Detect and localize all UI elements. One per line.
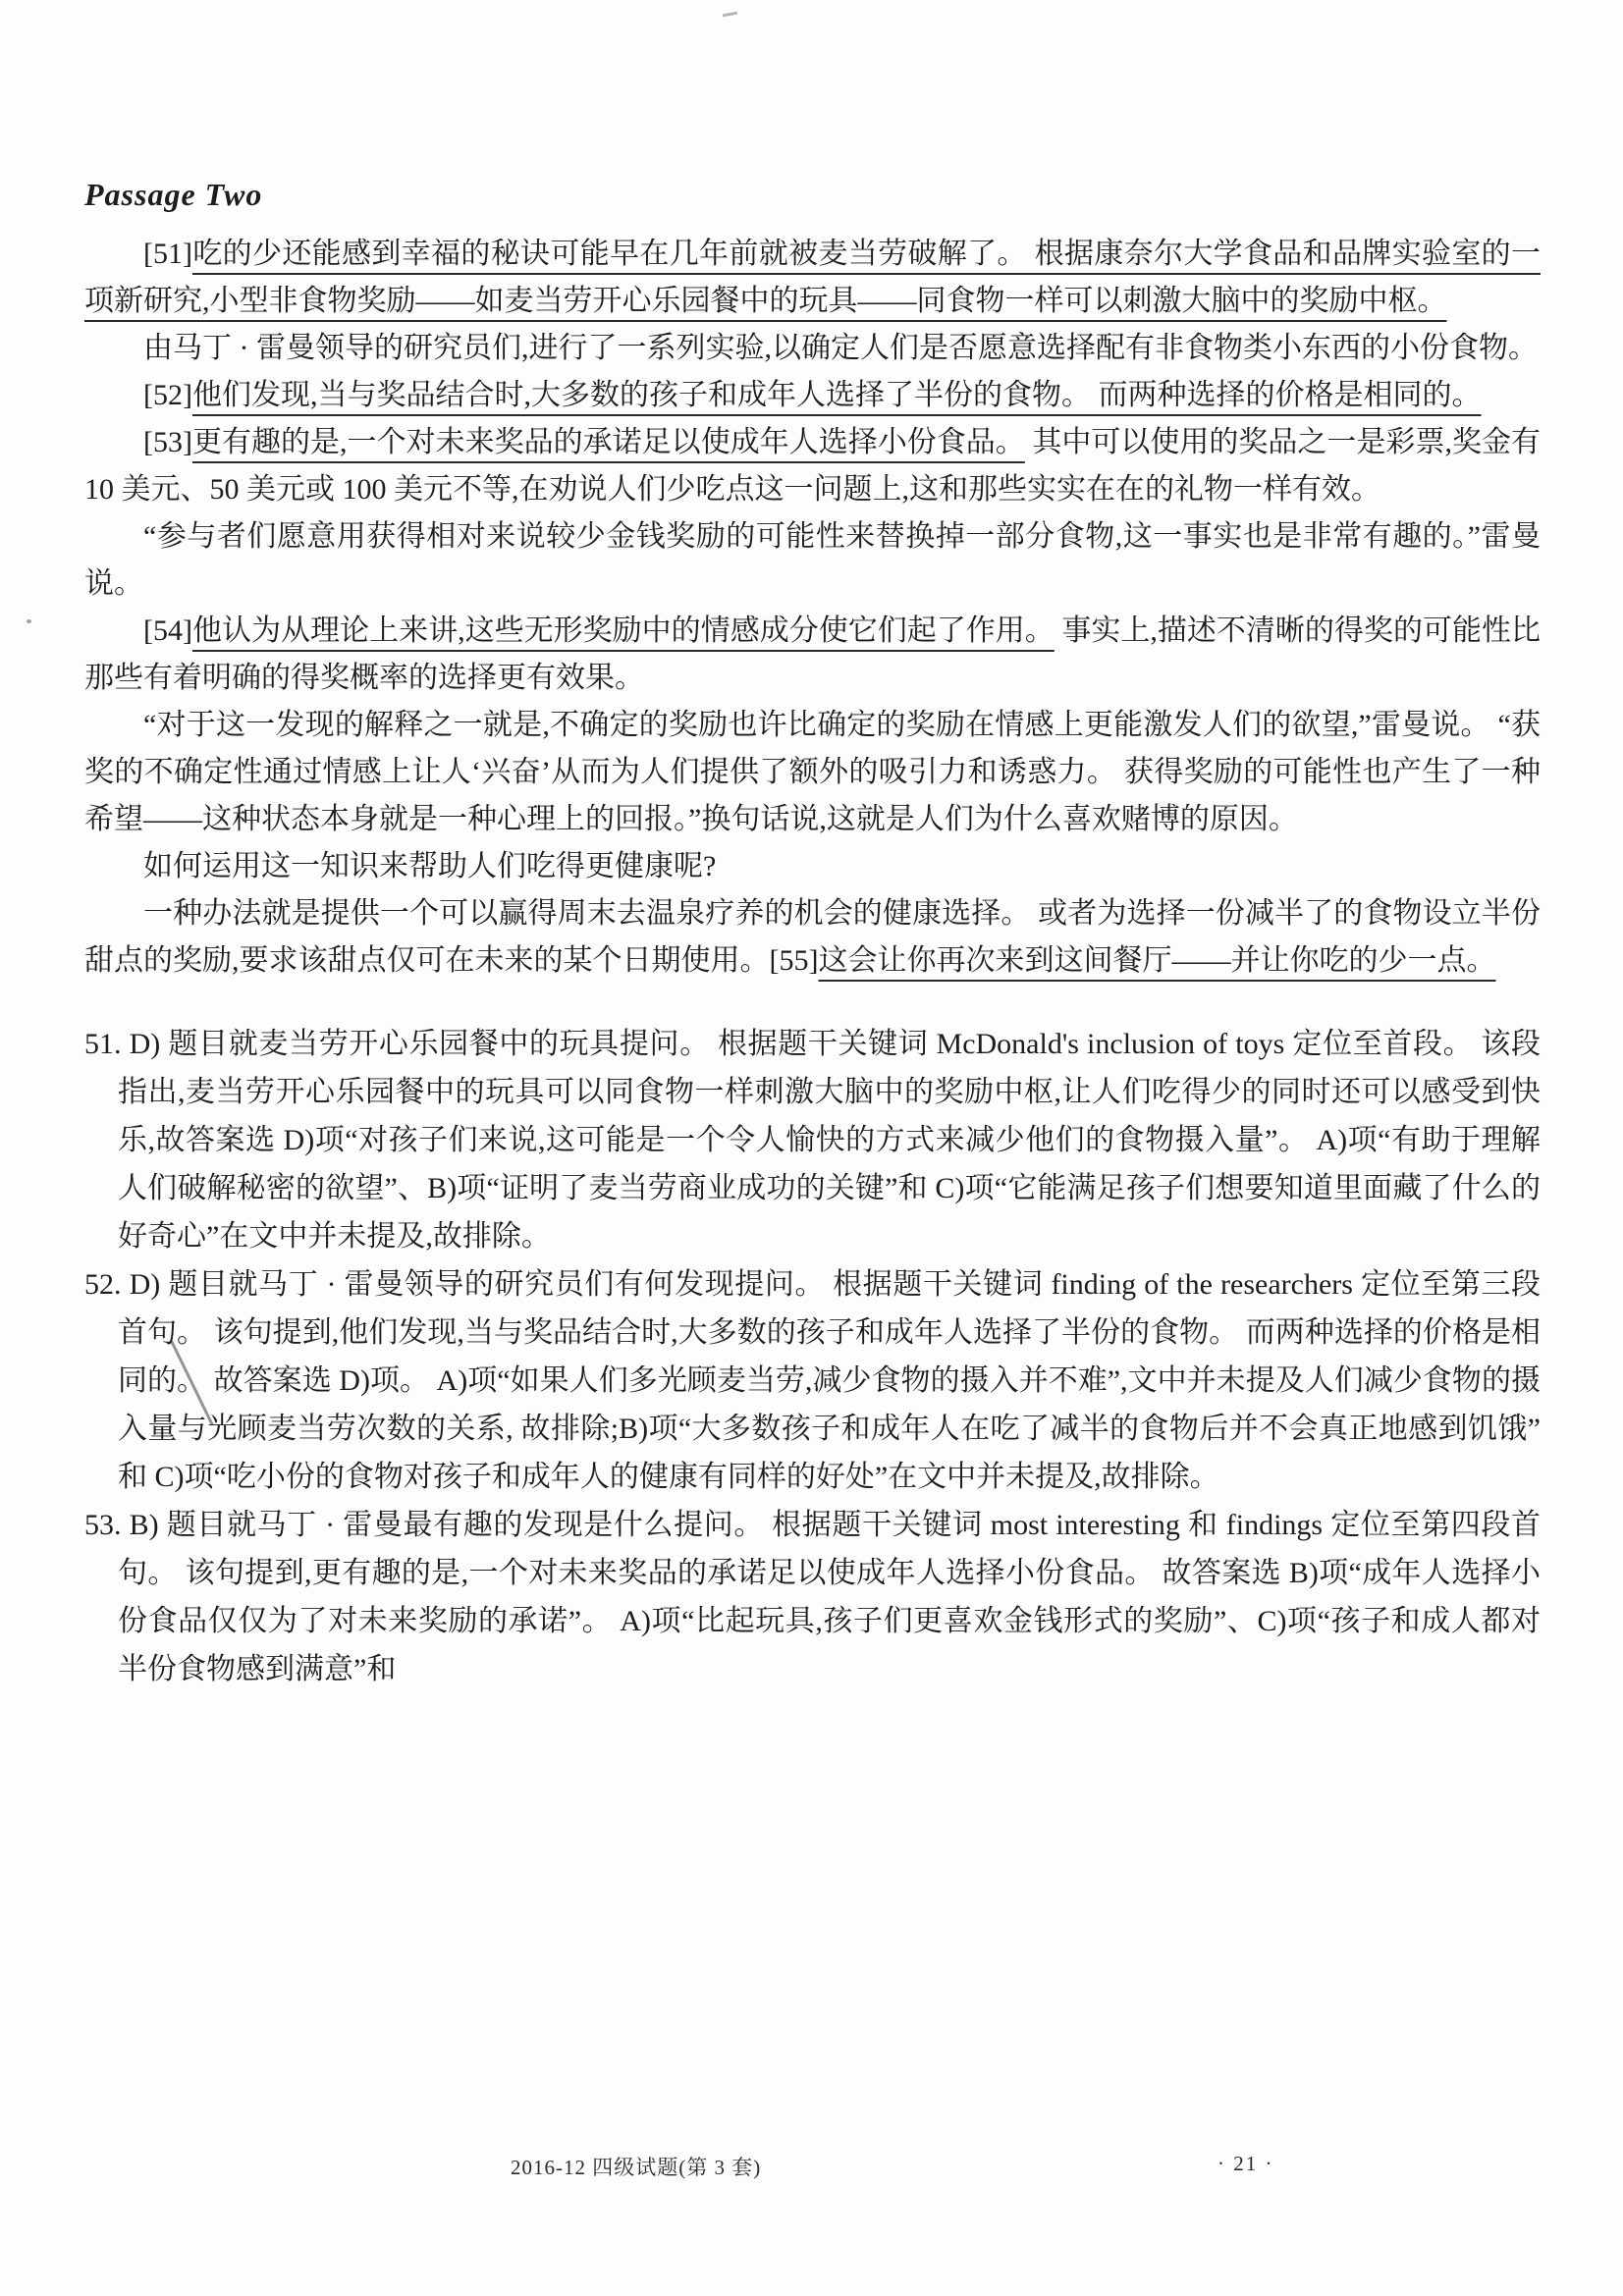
answer-item-text: D) 题目就麦当劳开心乐园餐中的玩具提问。 根据题干关键词 McDonald's… [118,1028,1541,1253]
passage-paragraph: “参与者们愿意用获得相对来说较少金钱奖励的可能性来替换掉一部分食物,这一事实也是… [84,513,1541,608]
underlined-answer-basis-text: 这会让你再次来到这间餐厅——并让你吃的少一点。 [818,944,1495,977]
scan-artifact [27,619,31,623]
answer-item-number: 52. [84,1268,130,1301]
scan-artifact [723,12,737,18]
answer-item-number: 51. [84,1028,130,1060]
answer-item-text: D) 题目就马丁 · 雷曼领导的研究员们有何发现提问。 根据题干关键词 find… [118,1268,1541,1493]
underlined-answer-basis-text: 吃的少还能感到幸福的秘诀可能早在几年前就被麦当劳破解了。 根据康奈尔大学食品和品… [84,238,1541,317]
passage-paragraph: [53]更有趣的是,一个对未来奖品的承诺足以使成年人选择小份食品。 其中可以使用… [84,419,1541,513]
question-number-marker: [51] [143,238,192,270]
question-number-marker: [54] [143,614,192,647]
passage-paragraph: 由马丁 · 雷曼领导的研究员们,进行了一系列实验,以确定人们是否愿意选择配有非食… [84,325,1541,372]
passage-paragraph: [52]他们发现,当与奖品结合时,大多数的孩子和成年人选择了半份的食物。 而两种… [84,372,1541,419]
answer-explanations: 51. D) 题目就麦当劳开心乐园餐中的玩具提问。 根据题干关键词 McDona… [84,1020,1541,1693]
passage-paragraph: 一种办法就是提供一个可以赢得周末去温泉疗养的机会的健康选择。 或者为选择一份减半… [84,890,1541,985]
answer-item: 53. B) 题目就马丁 · 雷曼最有趣的发现是什么提问。 根据题干关键词 mo… [84,1501,1541,1693]
passage-title: Passage Two [84,177,1541,213]
footer-page-number: · 21 · [1217,2152,1274,2176]
passage-paragraph: 如何运用这一知识来帮助人们吃得更健康呢? [84,843,1541,890]
answer-item-text: B) 题目就马丁 · 雷曼最有趣的发现是什么提问。 根据题干关键词 most i… [118,1509,1541,1685]
footer-exam-label: 2016-12 四级试题(第 3 套) [511,2152,761,2181]
underlined-answer-basis-text: 更有趣的是,一个对未来奖品的承诺足以使成年人选择小份食品。 [192,426,1025,458]
passage-paragraph: [51]吃的少还能感到幸福的秘诀可能早在几年前就被麦当劳破解了。 根据康奈尔大学… [84,231,1541,325]
underlined-answer-basis-text: 他认为从理论上来讲,这些无形奖励中的情感成分使它们起了作用。 [192,614,1055,647]
passage-text: “参与者们愿意用获得相对来说较少金钱奖励的可能性来替换掉一部分食物,这一事实也是… [84,520,1541,600]
question-number-marker: [55] [770,944,819,977]
passage-paragraph: “对于这一发现的解释之一就是,不确定的奖励也许比确定的奖励在情感上更能激发人们的… [84,702,1541,843]
document-content: Passage Two [51]吃的少还能感到幸福的秘诀可能早在几年前就被麦当劳… [84,177,1541,1693]
passage-paragraph: [54]他认为从理论上来讲,这些无形奖励中的情感成分使它们起了作用。 事实上,描… [84,608,1541,702]
question-number-marker: [53] [143,426,192,458]
passage: [51]吃的少还能感到幸福的秘诀可能早在几年前就被麦当劳破解了。 根据康奈尔大学… [84,231,1541,985]
answer-item-number: 53. [84,1509,130,1541]
scanned-exam-page: Passage Two [51]吃的少还能感到幸福的秘诀可能早在几年前就被麦当劳… [0,0,1623,2296]
passage-text: 如何运用这一知识来帮助人们吃得更健康呢? [143,850,716,882]
answer-item: 51. D) 题目就麦当劳开心乐园餐中的玩具提问。 根据题干关键词 McDona… [84,1020,1541,1260]
passage-text: 由马丁 · 雷曼领导的研究员们,进行了一系列实验,以确定人们是否愿意选择配有非食… [143,332,1538,364]
passage-text: “对于这一发现的解释之一就是,不确定的奖励也许比确定的奖励在情感上更能激发人们的… [84,709,1541,835]
underlined-answer-basis-text: 他们发现,当与奖品结合时,大多数的孩子和成年人选择了半份的食物。 而两种选择的价… [192,379,1482,411]
answer-item: 52. D) 题目就马丁 · 雷曼领导的研究员们有何发现提问。 根据题干关键词 … [84,1260,1541,1501]
question-number-marker: [52] [143,379,192,411]
